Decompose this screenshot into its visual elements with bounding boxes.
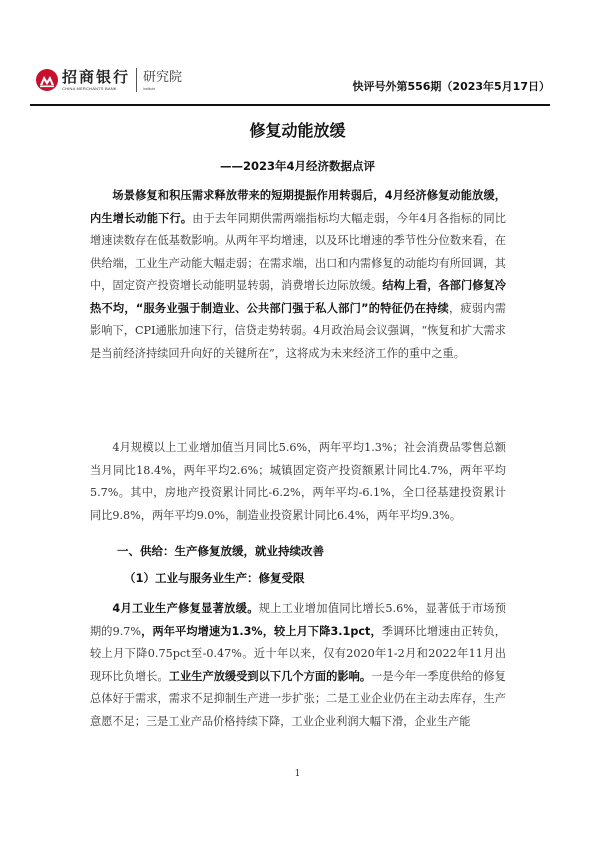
issue-number: 快评号外第556期（2023年5月17日） (352, 78, 550, 94)
document-title: 修复动能放缓 (0, 118, 595, 141)
industry-emphasis: ，两年平均增速为1.3%，较上月下降3.1pct， (141, 625, 382, 638)
logo-english-name: CHINA MERCHANTS BANK (62, 86, 130, 92)
data-paragraph: 4月规模以上工业增加值当月同比5.6%，两年平均1.3%；社会消费品零售总额当月… (90, 437, 506, 527)
page-number: 1 (0, 769, 595, 779)
document-subtitle: ——2023年4月经济数据点评 (0, 158, 595, 174)
logo-chinese-name: 招商银行 (62, 69, 130, 86)
industry-lead: 4月工业生产修复显著放缓。 (112, 602, 258, 615)
subsection-heading-1: （1）工业与服务业生产：修复受限 (124, 570, 305, 586)
institute-english-name: Institute (143, 86, 182, 92)
header-divider (30, 104, 550, 106)
cmb-logo-icon (36, 69, 58, 91)
logo-divider (136, 68, 137, 92)
bank-logo: 招商银行 CHINA MERCHANTS BANK 研究院 Institute (36, 68, 182, 92)
industry-factors-lead: 工业生产放缓受到以下几个方面的影响。 (169, 670, 371, 683)
institute-name: 研究院 (143, 69, 182, 86)
data-text: 4月规模以上工业增加值当月同比5.6%，两年平均1.3%；社会消费品零售总额当月… (90, 441, 506, 522)
industry-paragraph: 4月工业生产修复显著放缓。规上工业增加值同比增长5.6%，显著低于市场预期的9.… (90, 598, 506, 733)
summary-paragraph: 场景修复和积压需求释放带来的短期提振作用转弱后，4月经济修复动能放缓，内生增长动… (90, 185, 506, 365)
page-header: 招商银行 CHINA MERCHANTS BANK 研究院 Institute … (30, 66, 550, 104)
section-heading-1: 一、供给：生产修复放缓，就业持续改善 (117, 543, 324, 559)
